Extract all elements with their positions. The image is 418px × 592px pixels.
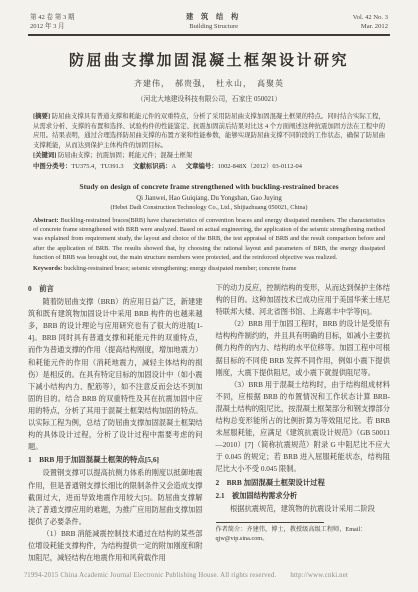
author-bio-footnote: 作者简介：齐建伟，博士，教授级高级工程师，Email：qjw@vip.sina.… xyxy=(216,522,391,544)
header-right: Vol. 42 No. 3 Mar. 2012 xyxy=(353,13,388,31)
body-columns: 0 前言 随着防屈曲支撑（BRB）的应用日益广泛，新建建筑和既有建筑物加固设计中… xyxy=(28,282,390,564)
clc-value: TU375.4，TU391.3 xyxy=(71,163,123,170)
abstract-label-cn: [摘要] xyxy=(33,113,50,120)
journal-name-en: Building Structure xyxy=(186,22,241,31)
issue-date-cn: 2012 年 3 月 xyxy=(30,22,75,31)
section-heading-2: 2 BRB 加固混凝土框架设计过程 xyxy=(216,477,391,489)
doc-code-value: A xyxy=(171,163,176,170)
classification-line: 中图分类号：TU375.4，TU391.3 文献标识码：A 文章编号：1002-… xyxy=(33,162,385,172)
article-id-value: 1002-848X（2012）03-0112-04 xyxy=(218,163,302,170)
abstract-paragraph-cn: [摘要] 防屈曲支撑具有普通支撑和耗能元件的双重特点，分析了采用防屈曲支撑加固混… xyxy=(33,112,385,150)
header-divider xyxy=(28,34,390,36)
journal-header: 第 42 卷 第 3 期 2012 年 3 月 建 筑 结 构 Building… xyxy=(30,13,388,31)
paper-title-en: Study on design of concrete frame streng… xyxy=(24,182,394,191)
paragraph: 设置钢支撑可以提高抗侧力体系的刚度以抵御地震作用，但是普通钢支撑长细比的限制条件… xyxy=(28,467,203,527)
section-heading-0: 0 前言 xyxy=(28,283,203,295)
keywords-label-en: Keywords: xyxy=(33,265,62,272)
doc-code-label: 文献标识码： xyxy=(133,163,171,170)
journal-name-cn: 建 筑 结 构 xyxy=(186,13,241,22)
issue-volume-cn: 第 42 卷 第 3 期 xyxy=(30,13,75,22)
paper-title-cn: 防屈曲支撑加固混凝土框架设计研究 xyxy=(0,49,418,70)
authors-en: Qi Jianwei, Hao Guiqiang, Du Yongshan, G… xyxy=(0,195,418,202)
abstract-paragraph-en: Abstract: Buckling-restrained braces(BRB… xyxy=(33,216,385,263)
clc-pair: 中图分类号：TU375.4，TU391.3 xyxy=(33,163,124,170)
abstract-text-cn: 防屈曲支撑具有普通支撑和耗能元件的双重特点，分析了采用防屈曲支撑加固混凝土框架的… xyxy=(33,113,385,149)
keywords-paragraph-en: Keywords: buckling-restrained brace; sei… xyxy=(33,264,385,273)
paragraph: （1）BRB 消能减震控制技术通过在结构的某些部位增设耗能支撑构件，为结构提供一… xyxy=(28,528,203,564)
keywords-text-en: buckling-restrained brace; seismic stren… xyxy=(64,265,296,272)
right-column: 下的动力反应，控制结构的变形，从而达到保护主体结构的目的。这种加固技术已成功应用… xyxy=(216,282,391,564)
affiliation-cn: （河北大地建设科技有限公司，石家庄 050021） xyxy=(0,93,418,103)
article-id-pair: 文章编号：1002-848X（2012）03-0112-04 xyxy=(186,163,302,170)
abstract-block-cn: [摘要] 防屈曲支撑具有普通支撑和耗能元件的双重特点，分析了采用防屈曲支撑加固混… xyxy=(33,112,385,172)
abstract-label-en: Abstract: xyxy=(33,217,59,224)
volume-number-en: Vol. 42 No. 3 xyxy=(353,13,388,22)
header-left: 第 42 卷 第 3 期 2012 年 3 月 xyxy=(30,13,75,31)
paragraph: （2）BRB 用于加固工程时，BRB 的设计是受原有结构构件制约的，并且具有明确… xyxy=(216,318,391,378)
abstract-block-en: Abstract: Buckling-restrained braces(BRB… xyxy=(33,216,385,273)
issue-date-en: Mar. 2012 xyxy=(353,22,388,31)
affiliation-en: (Hebei Dadi Construction Technology Co.,… xyxy=(0,204,418,211)
doc-code-pair: 文献标识码：A xyxy=(133,163,176,170)
cnki-copyright-footer: ?1994-2015 China Academic Journal Electr… xyxy=(24,569,408,579)
paragraph: （3）BRB 用于混凝土结构时，由于结构组成材料不同，应根据 BRB 的布置情况… xyxy=(216,379,391,476)
footnote-divider xyxy=(216,522,324,523)
article-id-label: 文章编号： xyxy=(186,163,218,170)
keywords-text-cn: 防屈曲支撑；抗震加固；耗能元件；混凝土框架 xyxy=(58,152,192,159)
clc-label: 中图分类号： xyxy=(33,163,71,170)
section-heading-1: 1 BRB 用于加固混凝土框架的特点[5,6] xyxy=(28,454,203,466)
abstract-text-en: Buckling-restrained braces(BRB) have cha… xyxy=(33,217,385,262)
authors-cn: 齐建伟， 郝贵强， 杜永山， 高聚英 xyxy=(0,78,418,89)
paragraph: 随着防屈曲支撑（BRB）的应用日益广泛，新建建筑和既有建筑物加固设计中采用 BR… xyxy=(28,296,203,453)
paper-page: 第 42 卷 第 3 期 2012 年 3 月 建 筑 结 构 Building… xyxy=(0,0,418,592)
paragraph: 根据抗震规范，建筑物的抗震设计采用二阶段 xyxy=(216,503,391,515)
keywords-label-cn: [关键词] xyxy=(33,152,56,159)
keywords-paragraph-cn: [关键词] 防屈曲支撑；抗震加固；耗能元件；混凝土框架 xyxy=(33,151,385,161)
left-column: 0 前言 随着防屈曲支撑（BRB）的应用日益广泛，新建建筑和既有建筑物加固设计中… xyxy=(28,282,203,564)
header-center: 建 筑 结 构 Building Structure xyxy=(186,13,241,31)
section-heading-2-1: 2.1 被加固结构需求分析 xyxy=(216,490,391,502)
footnote-text: 作者简介：齐建伟，博士，教授级高级工程师，Email：qjw@vip.sina.… xyxy=(216,526,391,544)
paragraph: 下的动力反应，控制结构的变形，从而达到保护主体结构的目的。这种加固技术已成功应用… xyxy=(216,282,391,318)
